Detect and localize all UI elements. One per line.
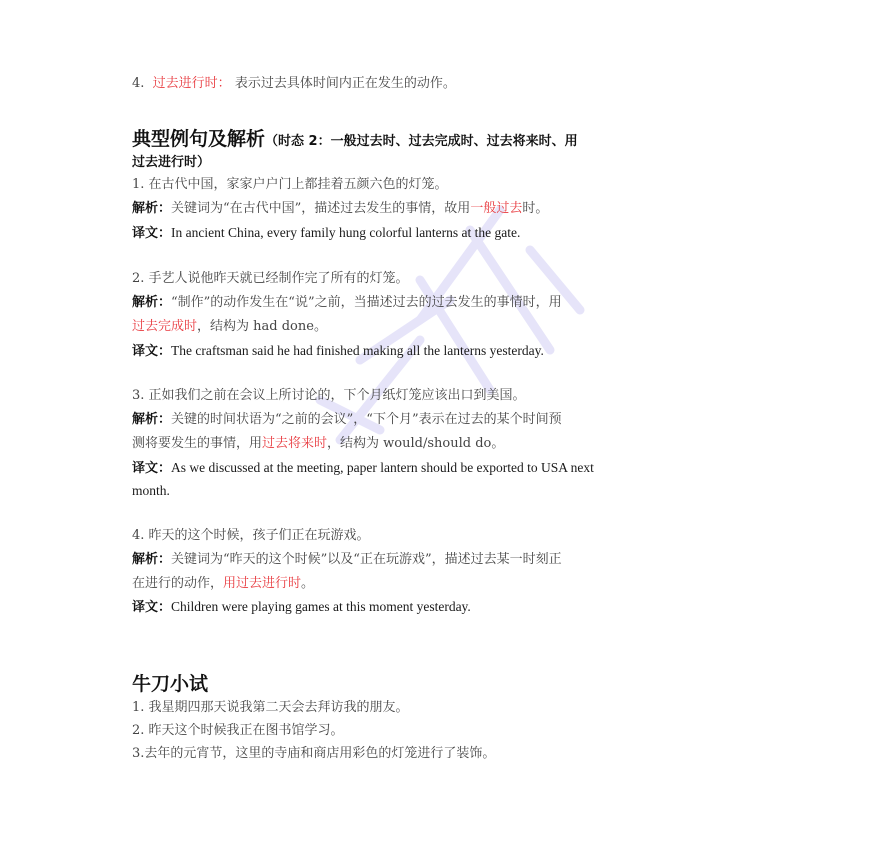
analysis-text: 关键词为“昨天的这个时候”以及“正在玩游戏”，描述过去某一时刻正 [171, 552, 562, 567]
example-analysis: 解析：关键词为“昨天的这个时候”以及“正在玩游戏”，描述过去某一时刻正 [132, 550, 562, 570]
highlighted-tense: 过去将来时 [262, 436, 327, 451]
analysis-text: 关键的时间状语为“之前的会议”，“下个月”表示在过去的某个时间预 [171, 412, 562, 427]
example-analysis-continued: 过去完成时，结构为 had done。 [132, 317, 327, 337]
example-analysis: 解析：关键的时间状语为“之前的会议”，“下个月”表示在过去的某个时间预 [132, 410, 562, 430]
practice-item: 3.去年的元宵节，这里的寺庙和商店用彩色的灯笼进行了装饰。 [132, 744, 495, 764]
item-number: 4. [132, 76, 144, 91]
translation-label: 译文： [132, 461, 171, 476]
example-analysis-continued: 在进行的动作，用过去进行时。 [132, 574, 314, 594]
analysis-text-end: 。 [301, 576, 314, 591]
analysis-label: 解析： [132, 552, 171, 567]
document-page: 4. 过去进行时： 表示过去具体时间内正在发生的动作。 典型例句及解析（时态 2… [0, 0, 870, 842]
example-translation: 译文：Children were playing games at this m… [132, 597, 471, 618]
section-subtitle-continued: 过去进行时） [132, 151, 210, 170]
highlighted-tense: 用过去进行时 [223, 576, 301, 591]
highlighted-tense: 一般过去 [470, 201, 522, 216]
example-sentence: 1. 在古代中国，家家户户门上都挂着五颜六色的灯笼。 [132, 175, 448, 195]
analysis-text: “制作”的动作发生在“说”之前，当描述过去的过去发生的事情时，用 [171, 295, 562, 310]
example-translation: 译文：The craftsman said he had finished ma… [132, 341, 544, 362]
analysis-label: 解析： [132, 412, 171, 427]
highlighted-tense: 过去完成时 [132, 319, 197, 334]
analysis-text: 在进行的动作， [132, 576, 223, 591]
tense-description: 表示过去具体时间内正在发生的动作。 [235, 76, 456, 91]
translation-text-continued: month. [132, 481, 170, 501]
translation-text: Children were playing games at this mome… [171, 599, 471, 614]
example-translation: 译文：In ancient China, every family hung c… [132, 223, 520, 244]
translation-label: 译文： [132, 344, 171, 359]
practice-item: 2. 昨天这个时候我正在图书馆学习。 [132, 721, 344, 741]
tense-definition-item: 4. 过去进行时： 表示过去具体时间内正在发生的动作。 [132, 74, 456, 94]
section-subtitle: （时态 2：一般过去时、过去完成时、过去将来时、用 [265, 134, 578, 149]
tense-term: 过去进行时： [153, 76, 231, 91]
example-analysis-continued: 测将要发生的事情，用过去将来时，结构为 would/should do。 [132, 434, 504, 454]
section-heading-practice: 牛刀小试 [132, 669, 208, 696]
section-heading-examples: 典型例句及解析（时态 2：一般过去时、过去完成时、过去将来时、用 [132, 124, 578, 151]
example-sentence: 2. 手艺人说他昨天就已经制作完了所有的灯笼。 [132, 269, 409, 289]
example-sentence: 4. 昨天的这个时候，孩子们正在玩游戏。 [132, 526, 370, 546]
example-analysis: 解析：关键词为“在古代中国”，描述过去发生的事情，故用一般过去时。 [132, 199, 548, 219]
section-title: 牛刀小试 [132, 673, 208, 695]
practice-item: 1. 我星期四那天说我第二天会去拜访我的朋友。 [132, 698, 409, 718]
translation-label: 译文： [132, 600, 171, 615]
analysis-label: 解析： [132, 201, 171, 216]
example-translation: 译文：As we discussed at the meeting, paper… [132, 458, 594, 479]
analysis-label: 解析： [132, 295, 171, 310]
analysis-text-end: ，结构为 had done。 [197, 319, 327, 334]
translation-text: The craftsman said he had finished makin… [171, 343, 544, 358]
translation-text: In ancient China, every family hung colo… [171, 225, 520, 240]
example-analysis: 解析：“制作”的动作发生在“说”之前，当描述过去的过去发生的事情时，用 [132, 293, 562, 313]
example-sentence: 3. 正如我们之前在会议上所讨论的，下个月纸灯笼应该出口到美国。 [132, 386, 526, 406]
analysis-text-end: 时。 [522, 201, 548, 216]
translation-text: As we discussed at the meeting, paper la… [171, 460, 594, 475]
translation-label: 译文： [132, 226, 171, 241]
section-title: 典型例句及解析 [132, 128, 265, 150]
analysis-text: 关键词为“在古代中国”，描述过去发生的事情，故用 [171, 201, 470, 216]
analysis-text: 测将要发生的事情，用 [132, 436, 262, 451]
analysis-text-end: ，结构为 would/should do。 [327, 436, 504, 451]
